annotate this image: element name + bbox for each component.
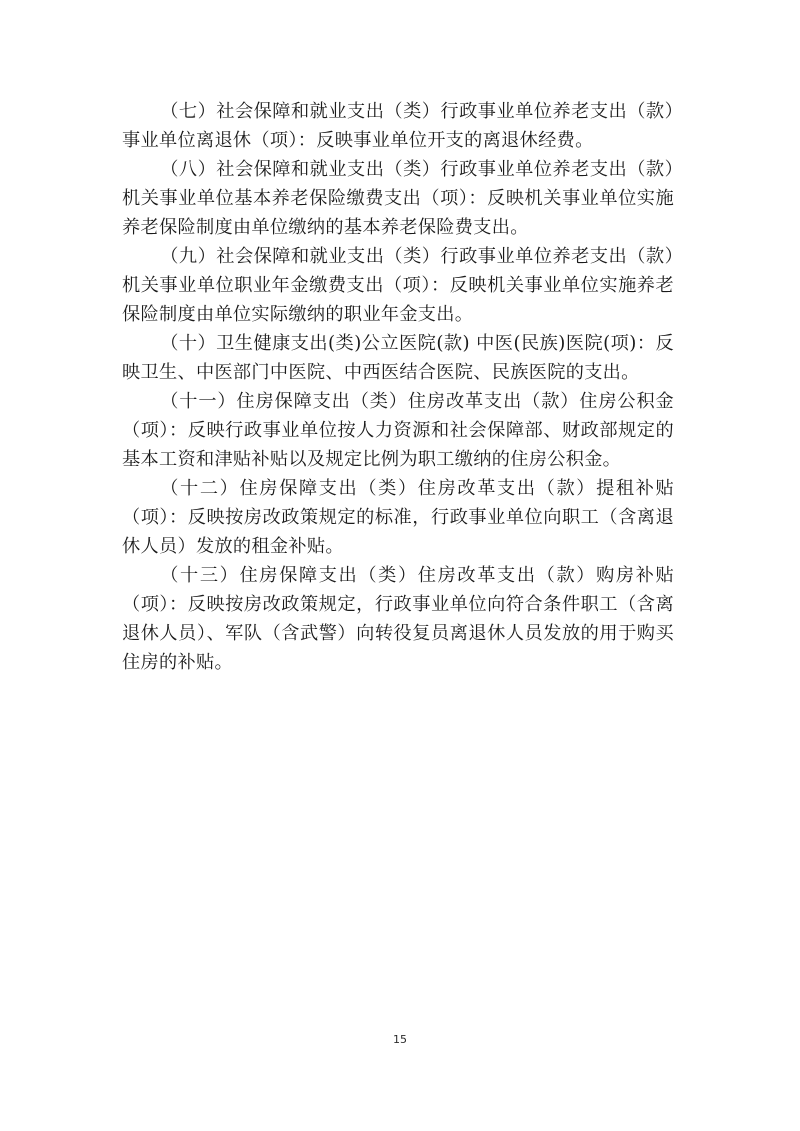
paragraph-10: （十）卫生健康支出(类)公立医院(款) 中医(民族)医院(项)：反映卫生、中医部… <box>122 329 674 387</box>
document-page: （七）社会保障和就业支出（类）行政事业单位养老支出（款）事业单位离退休（项）：反… <box>0 0 800 1131</box>
document-body: （七）社会保障和就业支出（类）行政事业单位养老支出（款）事业单位离退休（项）：反… <box>122 97 674 677</box>
paragraph-9: （九）社会保障和就业支出（类）行政事业单位养老支出（款）机关事业单位职业年金缴费… <box>122 242 674 329</box>
paragraph-13: （十三）住房保障支出（类）住房改革支出（款）购房补贴（项）：反映按房改政策规定，… <box>122 561 674 677</box>
paragraph-12: （十二）住房保障支出（类）住房改革支出（款）提租补贴（项）：反映按房改政策规定的… <box>122 474 674 561</box>
paragraph-8: （八）社会保障和就业支出（类）行政事业单位养老支出（款）机关事业单位基本养老保险… <box>122 155 674 242</box>
paragraph-7: （七）社会保障和就业支出（类）行政事业单位养老支出（款）事业单位离退休（项）：反… <box>122 97 674 155</box>
paragraph-11: （十一）住房保障支出（类）住房改革支出（款）住房公积金（项）：反映行政事业单位按… <box>122 387 674 474</box>
page-number: 15 <box>0 1033 800 1046</box>
